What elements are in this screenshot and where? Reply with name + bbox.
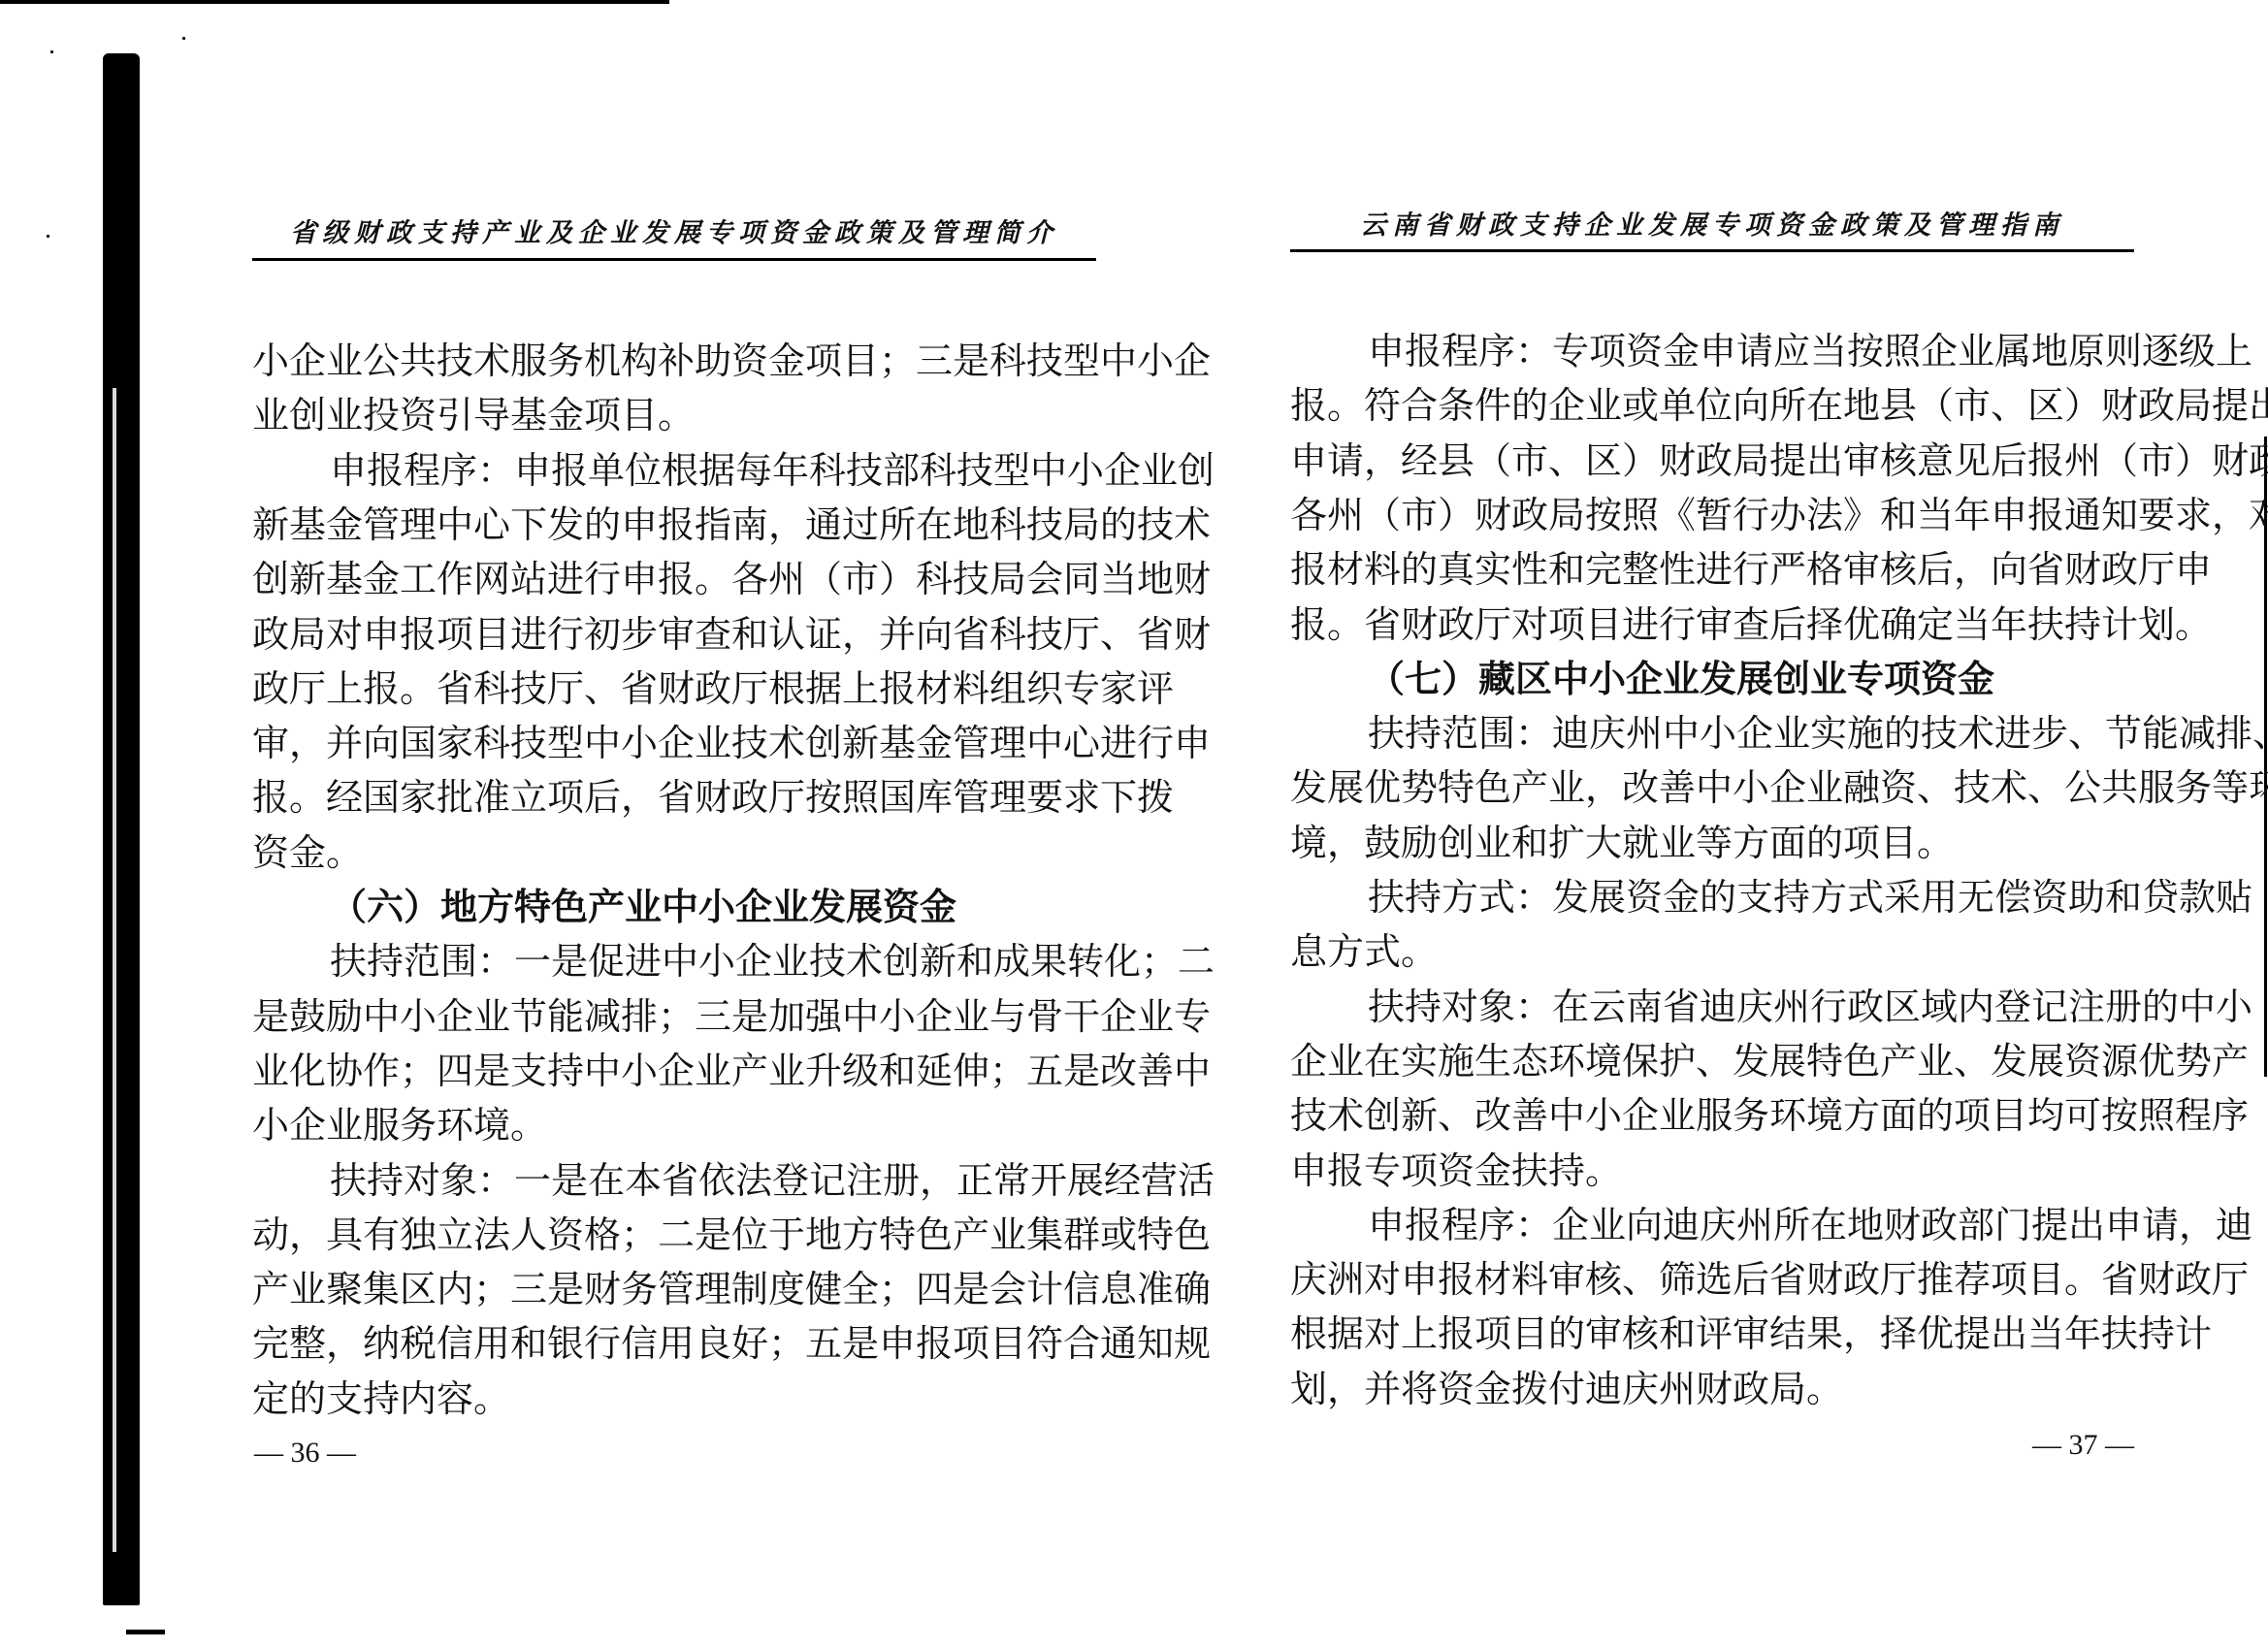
book-spine-shadow xyxy=(103,53,140,1605)
body-line: 业创业投资引导基金项目。 xyxy=(252,392,1096,438)
body-line: 境，鼓励创业和扩大就业等方面的项目。 xyxy=(1290,820,2134,866)
right-header-rule xyxy=(1290,249,2134,252)
body-line: 业化协作；四是支持中小企业产业升级和延伸；五是改善中 xyxy=(252,1048,1096,1094)
body-line: 划，并将资金拨付迪庆州财政局。 xyxy=(1290,1366,2134,1412)
body-line: 报。省财政厅对项目进行审查后择优确定当年扶持计划。 xyxy=(1290,601,2134,648)
scan-speck xyxy=(50,50,53,53)
body-line: 申报程序：专项资金申请应当按照企业属地原则逐级上 xyxy=(1290,328,2134,374)
body-line: 政局对申报项目进行初步审查和认证，并向省科技厅、省财 xyxy=(252,611,1096,658)
body-line: 是鼓励中小企业节能减排；三是加强中小企业与骨干企业专 xyxy=(252,993,1096,1040)
body-line: 企业在实施生态环境保护、发展特色产业、发展资源优势产 xyxy=(1290,1038,2134,1084)
book-spine-highlight xyxy=(113,388,116,1552)
body-line: 政厅上报。省科技厅、省财政厅根据上报材料组织专家评 xyxy=(252,665,1096,712)
right-page-number: — 37 — xyxy=(2032,1428,2134,1463)
body-line: 技术创新、改善中小企业服务环境方面的项目均可按照程序 xyxy=(1290,1092,2134,1139)
section-heading: （六）地方特色产业中小企业发展资金 xyxy=(252,884,1096,930)
body-line: 新基金管理中心下发的申报指南，通过所在地科技局的技术 xyxy=(252,501,1096,548)
body-line: 申报专项资金扶持。 xyxy=(1290,1148,2134,1194)
body-line: 产业聚集区内；三是财务管理制度健全；四是会计信息准确 xyxy=(252,1266,1096,1312)
body-line: 完整，纳税信用和银行信用良好；五是申报项目符合通知规 xyxy=(252,1320,1096,1367)
body-line: 创新基金工作网站进行申报。各州（市）科技局会同当地财 xyxy=(252,556,1096,602)
body-line: 息方式。 xyxy=(1290,928,2134,975)
body-line: 庆洲对申报材料审核、筛选后省财政厅推荐项目。省财政厅 xyxy=(1290,1256,2134,1303)
body-line: 各州（市）财政局按照《暂行办法》和当年申报通知要求，对申 xyxy=(1290,492,2134,538)
body-line: 报。符合条件的企业或单位向所在地县（市、区）财政局提出 xyxy=(1290,382,2134,429)
body-line: 报。经国家批准立项后，省财政厅按照国库管理要求下拨 xyxy=(252,774,1096,821)
body-line: 根据对上报项目的审核和评审结果，择优提出当年扶持计 xyxy=(1290,1310,2134,1357)
left-page-number: — 36 — xyxy=(254,1436,356,1471)
body-line: 小企业公共技术服务机构补助资金项目；三是科技型中小企 xyxy=(252,338,1096,384)
body-line: 审，并向国家科技型中小企业技术创新基金管理中心进行申 xyxy=(252,720,1096,766)
body-line: 申报程序：申报单位根据每年科技部科技型中小企业创 xyxy=(252,447,1096,494)
scan-top-edge-line xyxy=(0,0,669,4)
book-spine-foot xyxy=(126,1630,165,1634)
body-line: 发展优势特色产业，改善中小企业融资、技术、公共服务等环 xyxy=(1290,764,2134,811)
body-line: 动，具有独立法人资格；二是位于地方特色产业集群或特色 xyxy=(252,1212,1096,1258)
body-line: 申请，经县（市、区）财政局提出审核意见后报州（市）财政局， xyxy=(1290,437,2134,484)
right-running-head: 云南省财政支持企业发展专项资金政策及管理指南 xyxy=(1290,204,2134,242)
body-line: 扶持方式：发展资金的支持方式采用无偿资助和贷款贴 xyxy=(1290,874,2134,921)
body-line: 定的支持内容。 xyxy=(252,1375,1096,1422)
left-header-rule xyxy=(252,258,1096,261)
body-line: 资金。 xyxy=(252,829,1096,876)
section-heading: （七）藏区中小企业发展创业专项资金 xyxy=(1290,656,2134,702)
body-line: 扶持对象：在云南省迪庆州行政区域内登记注册的中小 xyxy=(1290,984,2134,1030)
body-line: 小企业服务环境。 xyxy=(252,1102,1096,1148)
body-line: 扶持范围：一是促进中小企业技术创新和成果转化；二 xyxy=(252,938,1096,985)
body-line: 报材料的真实性和完整性进行严格审核后，向省财政厅申 xyxy=(1290,546,2134,593)
body-line: 申报程序：企业向迪庆州所在地财政部门提出申请，迪 xyxy=(1290,1202,2134,1248)
body-line: 扶持对象：一是在本省依法登记注册，正常开展经营活 xyxy=(252,1157,1096,1204)
body-line: 扶持范围：迪庆州中小企业实施的技术进步、节能减排、 xyxy=(1290,710,2134,757)
left-running-head: 省级财政支持产业及企业发展专项资金政策及管理简介 xyxy=(252,211,1096,249)
scan-speck xyxy=(182,37,185,40)
scan-speck xyxy=(47,235,49,238)
